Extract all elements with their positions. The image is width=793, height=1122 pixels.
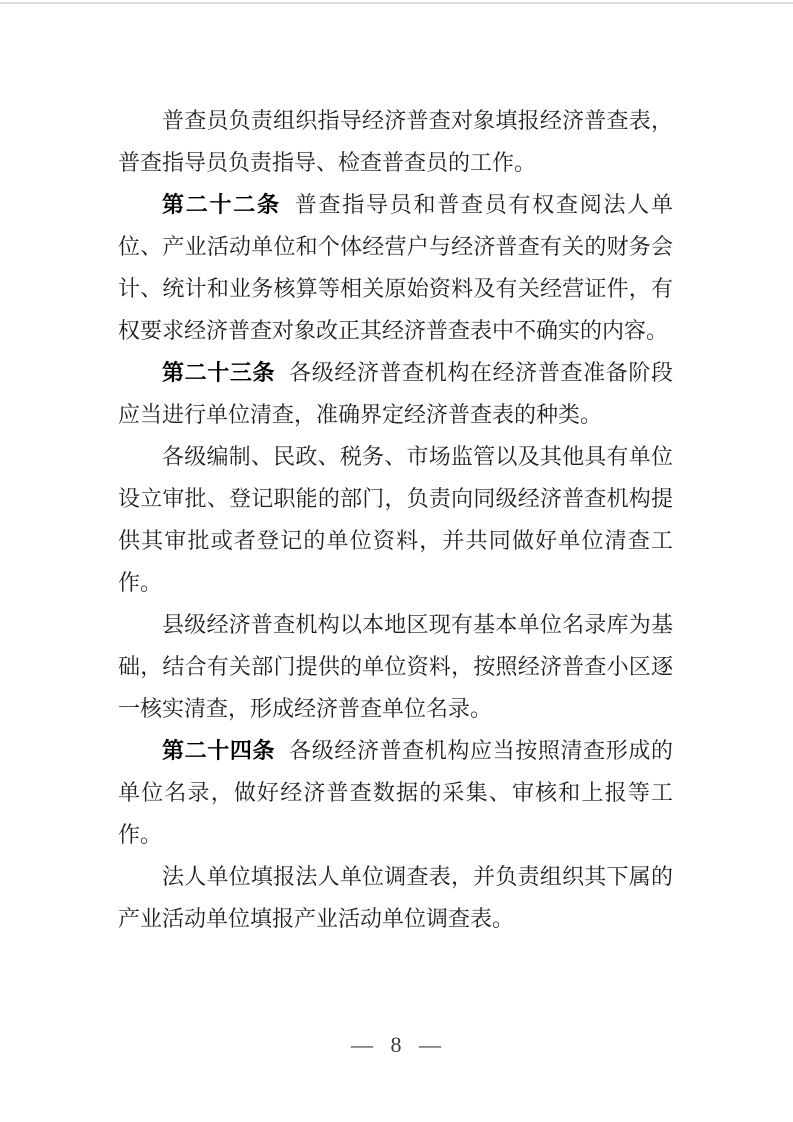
text-line: 第二十二条普查指导员和普查员有权查阅法人单 xyxy=(118,184,673,226)
text-line: 设立审批、登记职能的部门，负责向同级经济普查机构提 xyxy=(118,478,673,520)
document-page: 普查员负责组织指导经济普查对象填报经济普查表， 普查指导员负责指导、检查普查员的… xyxy=(0,0,793,1122)
text-line: 普查员负责组织指导经济普查对象填报经济普查表， xyxy=(118,100,673,142)
text-line: 供其审批或者登记的单位资料，并共同做好单位清查工 xyxy=(118,520,673,562)
text-line: 应当进行单位清查，准确界定经济普查表的种类。 xyxy=(118,394,673,436)
text-line: 普查指导员负责指导、检查普查员的工作。 xyxy=(118,142,673,184)
text-line-content: 作。 xyxy=(118,822,162,847)
text-line-content: 单位名录，做好经济普查数据的采集、审核和上报等工 xyxy=(118,780,673,805)
text-line-content: 各级编制、民政、税务、市场监管以及其他具有单位 xyxy=(162,444,673,469)
text-line-content: 应当进行单位清查，准确界定经济普查表的种类。 xyxy=(118,402,602,427)
text-line: 法人单位填报法人单位调查表，并负责组织其下属的 xyxy=(118,856,673,898)
text-line: 础，结合有关部门提供的单位资料，按照经济普查小区逐 xyxy=(118,646,673,688)
text-line-content: 各级经济普查机构在经济普查准备阶段 xyxy=(289,360,673,385)
text-line: 一核实清查，形成经济普查单位名录。 xyxy=(118,688,673,730)
text-line-content: 权要求经济普查对象改正其经济普查表中不确实的内容。 xyxy=(118,318,668,343)
text-line: 位、产业活动单位和个体经营户与经济普查有关的财务会 xyxy=(118,226,673,268)
text-line-content: 各级经济普查机构应当按照清查形成的 xyxy=(289,738,673,763)
text-line-content: 位、产业活动单位和个体经营户与经济普查有关的财务会 xyxy=(118,234,673,259)
text-line: 县级经济普查机构以本地区现有基本单位名录库为基 xyxy=(118,604,673,646)
text-line: 产业活动单位填报产业活动单位调查表。 xyxy=(118,898,673,940)
text-line-content: 一核实清查，形成经济普查单位名录。 xyxy=(118,696,492,721)
scan-edge-line xyxy=(0,2,793,4)
page-number: — 8 — xyxy=(0,1030,793,1060)
text-line-content: 法人单位填报法人单位调查表，并负责组织其下属的 xyxy=(162,864,673,889)
text-line-content: 县级经济普查机构以本地区现有基本单位名录库为基 xyxy=(162,612,673,637)
text-line: 各级编制、民政、税务、市场监管以及其他具有单位 xyxy=(118,436,673,478)
text-line: 第二十三条各级经济普查机构在经济普查准备阶段 xyxy=(118,352,673,394)
document-text-block: 普查员负责组织指导经济普查对象填报经济普查表， 普查指导员负责指导、检查普查员的… xyxy=(118,100,673,940)
text-line-content: 供其审批或者登记的单位资料，并共同做好单位清查工 xyxy=(118,528,673,553)
text-line-content: 作。 xyxy=(118,570,162,595)
text-line-content: 普查指导员负责指导、检查普查员的工作。 xyxy=(118,150,536,175)
text-line: 作。 xyxy=(118,814,673,856)
text-line: 计、统计和业务核算等相关原始资料及有关经营证件，有 xyxy=(118,268,673,310)
text-line-content: 设立审批、登记职能的部门，负责向同级经济普查机构提 xyxy=(118,486,673,511)
text-line-content: 普查指导员和普查员有权查阅法人单 xyxy=(295,192,673,217)
text-line: 第二十四条各级经济普查机构应当按照清查形成的 xyxy=(118,730,673,772)
text-line-content: 产业活动单位填报产业活动单位调查表。 xyxy=(118,906,514,931)
text-line: 作。 xyxy=(118,562,673,604)
text-line: 权要求经济普查对象改正其经济普查表中不确实的内容。 xyxy=(118,310,673,352)
text-line: 单位名录，做好经济普查数据的采集、审核和上报等工 xyxy=(118,772,673,814)
article-number-label: 第二十三条 xyxy=(162,360,275,385)
text-line-content: 计、统计和业务核算等相关原始资料及有关经营证件，有 xyxy=(118,276,673,301)
text-line-content: 础，结合有关部门提供的单位资料，按照经济普查小区逐 xyxy=(118,654,673,679)
article-number-label: 第二十四条 xyxy=(162,738,275,763)
article-number-label: 第二十二条 xyxy=(162,192,281,217)
text-line-content: 普查员负责组织指导经济普查对象填报经济普查表， xyxy=(162,108,673,133)
